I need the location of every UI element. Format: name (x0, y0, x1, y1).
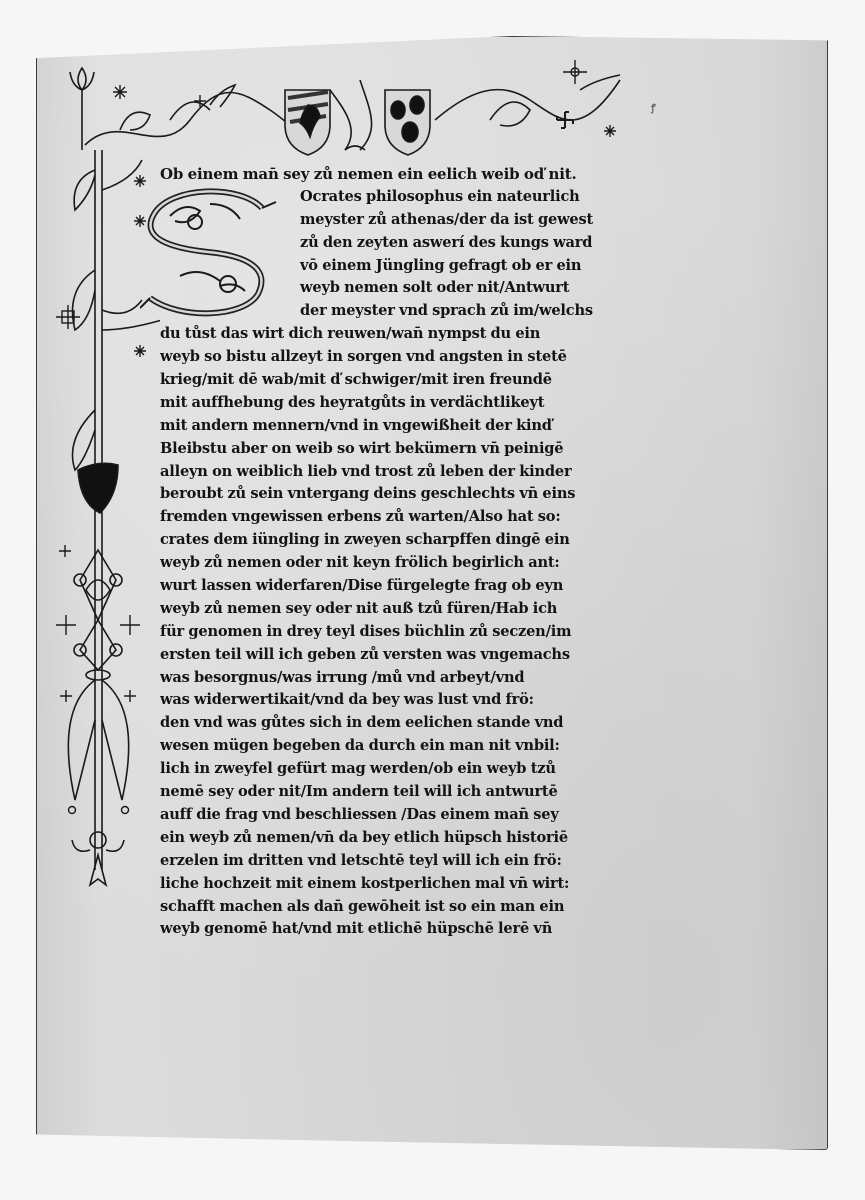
margin-mark: ꝭ (651, 100, 656, 114)
text-line: der meyster vnd sprach zů im/welchs (160, 300, 622, 323)
shield-black-icon (78, 463, 118, 513)
text-line: crates dem iüngling in zweyen scharpffen… (160, 529, 622, 552)
text-line: du tůst das wirt dich reuwen/wan̄ nympst… (160, 323, 622, 346)
text-line: auff die frag vnd beschliessen /Das eine… (160, 804, 622, 827)
top-floral-border (60, 50, 650, 160)
text-line: ersten teil will ich geben zů versten wa… (160, 644, 622, 667)
swastika-ornament-icon (557, 112, 573, 128)
text-line: schafft machen als dan̄ gewōheit ist so … (160, 896, 622, 919)
scrollwork-vine-right (435, 75, 620, 126)
text-line: alleyn on weiblich lieb vnd trost zů leb… (160, 461, 622, 484)
text-line: weyb so bistu allzeyt in sorgen vnd angs… (160, 346, 622, 369)
text-line: mit andern mennern/vnd in vngewißheit de… (160, 415, 622, 438)
text-line: wesen mügen begeben da durch ein man nit… (160, 735, 622, 758)
text-line: krieg/mit dē wab/mit ď schwiger/mit iren… (160, 369, 622, 392)
scrollwork-vine-center (330, 80, 372, 150)
text-line: wurt lassen widerfaren/Dise fürgelegte f… (160, 575, 622, 598)
thistle-flower-icon (70, 68, 94, 150)
coat-of-arms-three-shapes-icon (385, 90, 430, 155)
chapter-heading: Ob einem man̄ sey zů nemen ein eelich we… (160, 163, 622, 186)
text-line: lich in zweyfel gefürt mag werden/ob ein… (160, 758, 622, 781)
text-line: meyster zů athenas/der da ist gewest (160, 209, 622, 232)
body-text: Ob einem man̄ sey zů nemen ein eelich we… (160, 163, 622, 941)
text-line: vō einem Jüngling gefragt ob er ein (160, 255, 622, 278)
text-line: weyb genomē hat/vnd mit etlichē hüpschē … (160, 918, 622, 941)
knotwork-ornament (74, 550, 122, 680)
text-line: weyb zů nemen sey oder nit auß tzů füren… (160, 598, 622, 621)
text-line: liche hochzeit mit einem kostperlichen m… (160, 873, 622, 896)
text-line: was besorgnus/was irrung /mů vnd arbeyt/… (160, 667, 622, 690)
text-line: weyb nemen solt oder nit/Antwurt (160, 277, 622, 300)
text-line: was widerwertikait/vnd da bey was lust v… (160, 689, 622, 712)
text-line: fremden vngewissen erbens zů warten/Also… (160, 506, 622, 529)
star-ornament-icon (113, 60, 616, 137)
text-line: Ocrates philosophus ein nateurlich (160, 186, 622, 209)
text-line: ein weyb zů nemen/vn̄ da bey etlich hüps… (160, 827, 622, 850)
coat-of-arms-eagle-icon (285, 90, 330, 155)
text-line: für genomen in drey teyl dises büchlin z… (160, 621, 622, 644)
text-line: nemē sey oder nit/Im andern teil will ic… (160, 781, 622, 804)
tassel-ornament-icon (72, 832, 124, 885)
text-line: zů den zeyten aswerí des kungs ward (160, 232, 622, 255)
text-line: den vnd was gůtes sich in dem eelichen s… (160, 712, 622, 735)
text-line: Bleibstu aber on weib so wirt bekümern v… (160, 438, 622, 461)
text-line: erzelen im dritten vnd letschtē teyl wil… (160, 850, 622, 873)
acanthus-leaf-ornament (68, 680, 128, 800)
text-line: mit auffhebung des heyratgůts in verdäch… (160, 392, 622, 415)
text-line: weyb zů nemen oder nit keyn frölich begi… (160, 552, 622, 575)
text-line: beroubt zů sein vntergang deins geschlec… (160, 483, 622, 506)
